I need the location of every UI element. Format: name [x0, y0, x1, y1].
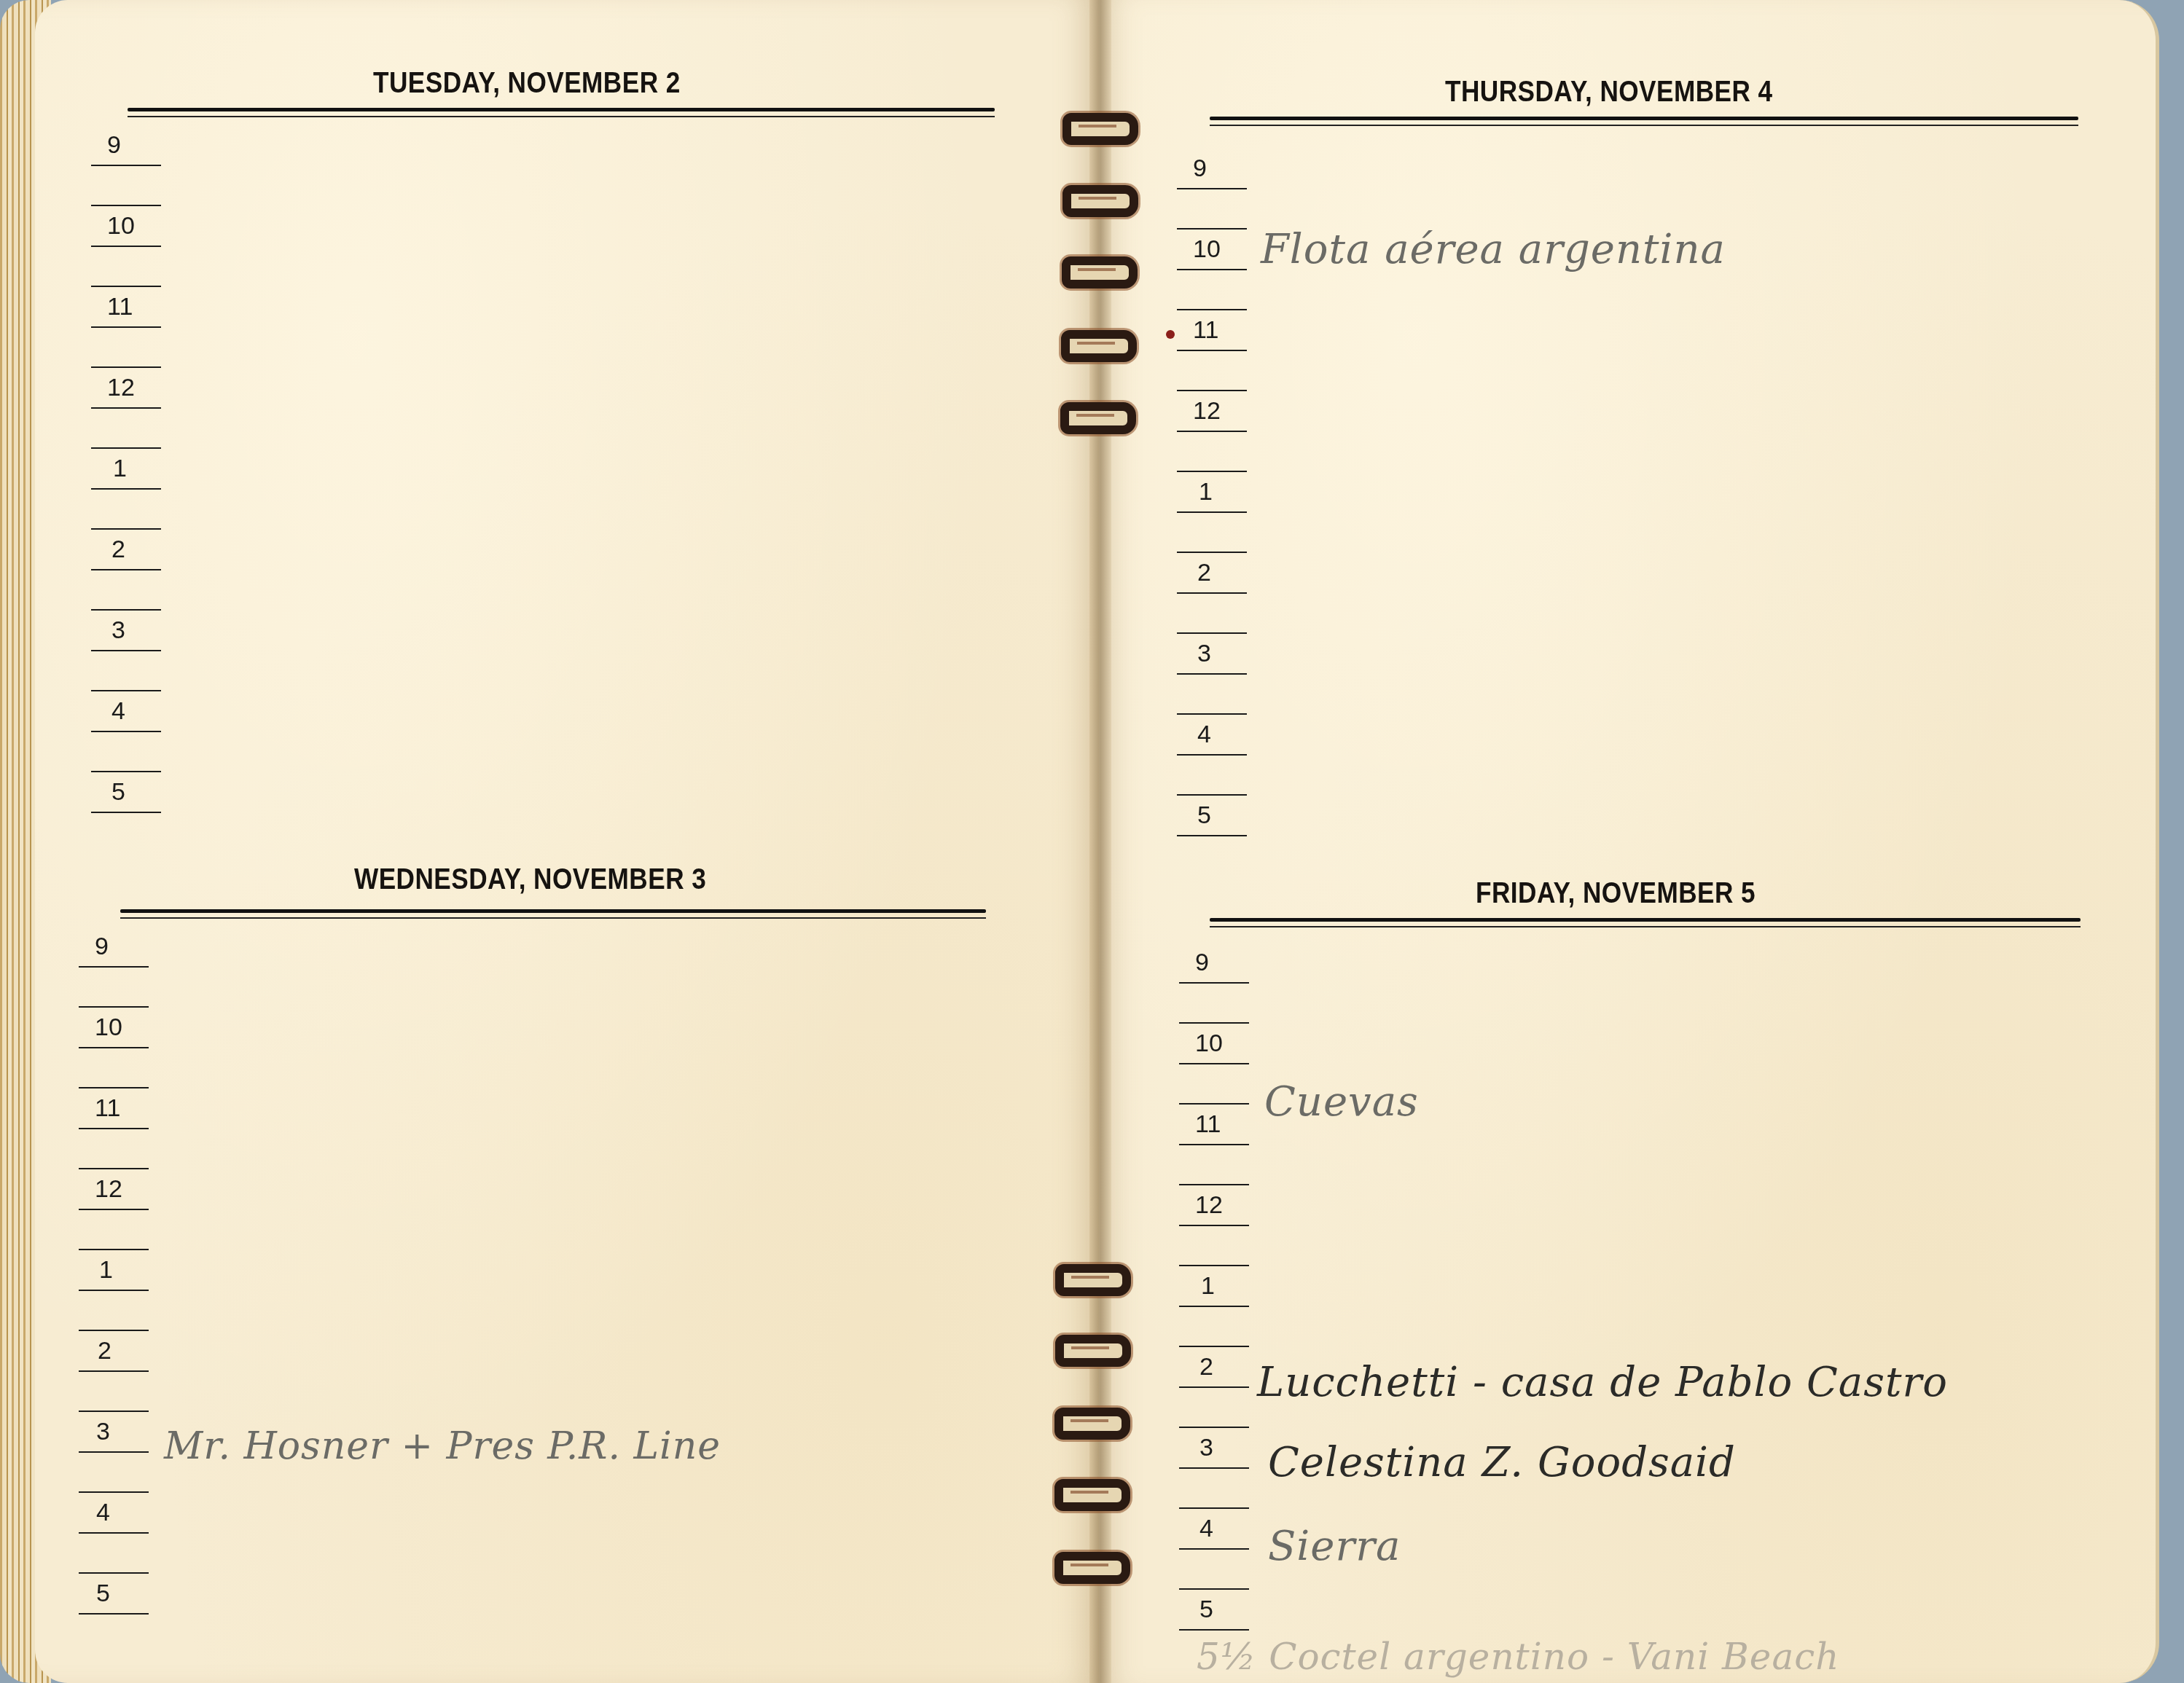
handwritten-entry: Flota aérea argentina [1261, 226, 1726, 273]
hour-slot[interactable]: 3 [1177, 631, 1250, 712]
hour-slot[interactable]: 2 [79, 1328, 152, 1409]
handwritten-entry: Sierra [1268, 1523, 1401, 1570]
hour-slot[interactable]: 12 [79, 1166, 152, 1247]
hour-slot[interactable]: 11 [91, 284, 164, 365]
hour-slot[interactable]: 4 [1179, 1506, 1252, 1587]
day-header-thursday: THURSDAY, NOVEMBER 4 [1445, 76, 1773, 109]
handwritten-entry: Mr. Hosner + Pres P.R. Line [164, 1424, 721, 1468]
spiral-ring [1055, 1335, 1131, 1367]
hour-slot[interactable]: 4 [1177, 712, 1250, 793]
hour-slot[interactable]: 9 [1179, 940, 1252, 1021]
hour-slot[interactable]: 2 [1179, 1344, 1252, 1425]
hour-slot[interactable]: 12 [91, 365, 164, 446]
hour-slot[interactable]: 1 [1177, 469, 1250, 550]
hour-slot[interactable]: 12 [1179, 1182, 1252, 1263]
hour-slot[interactable]: 9 [1177, 146, 1250, 227]
spiral-ring [1061, 330, 1137, 362]
spiral-ring [1054, 1408, 1130, 1440]
hour-slot[interactable]: 1 [1179, 1263, 1252, 1344]
header-rule [1210, 117, 2078, 130]
hour-slot[interactable]: 12 [1177, 388, 1250, 469]
day-header-friday: FRIDAY, NOVEMBER 5 [1476, 877, 1756, 910]
spiral-ring [1062, 113, 1138, 145]
hour-slot[interactable]: 5 [79, 1571, 152, 1652]
hour-slot[interactable]: 9 [79, 924, 152, 1005]
spiral-ring [1054, 1552, 1130, 1584]
hour-column-wednesday: 9 10 11 12 1 2 3 4 5 [79, 924, 152, 1652]
hour-slot[interactable]: 1 [79, 1247, 152, 1328]
hour-slot[interactable]: 3 [79, 1409, 152, 1490]
header-rule [120, 909, 986, 922]
hour-slot[interactable]: 2 [1177, 550, 1250, 631]
hour-slot[interactable]: 5 [1177, 793, 1250, 874]
hour-slot[interactable]: 11 [79, 1086, 152, 1166]
hour-column-friday: 9 10 11 12 1 2 3 4 5 [1179, 940, 1252, 1668]
hour-slot[interactable]: 11 [1179, 1102, 1252, 1182]
hour-slot[interactable]: 11 [1177, 307, 1250, 388]
hour-column-tuesday: 9 10 11 12 1 2 3 4 5 [91, 122, 164, 850]
header-rule [128, 108, 995, 121]
ink-spot [1166, 330, 1175, 339]
handwritten-entry: Celestina Z. Goodsaid [1268, 1439, 1736, 1486]
day-header-tuesday: TUESDAY, NOVEMBER 2 [373, 67, 681, 100]
spiral-ring [1055, 1264, 1131, 1296]
spiral-ring [1062, 256, 1138, 289]
hour-slot[interactable]: 2 [91, 527, 164, 608]
hour-slot[interactable]: 10 [79, 1005, 152, 1086]
spiral-ring [1054, 1479, 1130, 1511]
hour-slot[interactable]: 10 [1177, 227, 1250, 307]
spiral-ring [1060, 402, 1136, 434]
hour-slot[interactable]: 1 [91, 446, 164, 527]
handwritten-entry: 5½ Coctel argentino - Vani Beach [1197, 1636, 1839, 1678]
hour-slot[interactable]: 3 [1179, 1425, 1252, 1506]
hour-slot[interactable]: 5 [91, 769, 164, 850]
spiral-ring [1062, 185, 1138, 217]
hour-slot[interactable]: 10 [1179, 1021, 1252, 1102]
handwritten-entry: Lucchetti - casa de Pablo Castro [1257, 1359, 1948, 1406]
hour-slot[interactable]: 9 [91, 122, 164, 203]
hour-slot[interactable]: 10 [91, 203, 164, 284]
day-header-wednesday: WEDNESDAY, NOVEMBER 3 [354, 863, 706, 896]
handwritten-entry: Cuevas [1264, 1078, 1419, 1126]
hour-slot[interactable]: 4 [79, 1490, 152, 1571]
hour-slot[interactable]: 4 [91, 688, 164, 769]
header-rule [1210, 918, 2081, 931]
hour-column-thursday: 9 10 11 12 1 2 3 4 5 [1177, 146, 1250, 874]
hour-slot[interactable]: 3 [91, 608, 164, 688]
